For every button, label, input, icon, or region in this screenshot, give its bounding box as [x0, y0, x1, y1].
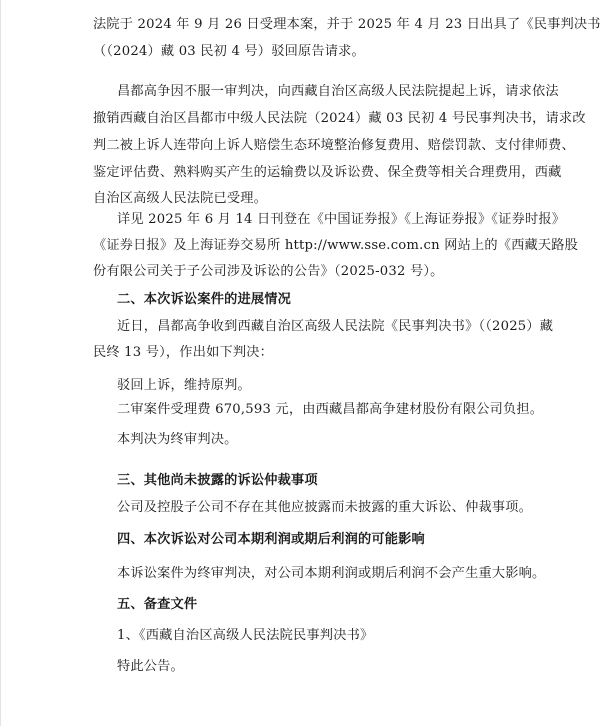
- section-5-heading: 五、备查文件: [117, 597, 537, 613]
- section-2-heading: 二、本次诉讼案件的进展情况: [117, 292, 537, 308]
- section-4-text: 本诉讼案件为终审判决，对公司本期利润或期后利润不会产生重大影响。: [117, 566, 537, 582]
- section-2-ruling-2: 二审案件受理费 670,593 元，由西藏昌都高争建材股份有限公司负担。: [117, 402, 537, 418]
- paragraph-1-line-2: （（2024）藏 03 民初 4 号）驳回原告请求。: [93, 44, 513, 60]
- section-2-ruling-3: 本判决为终审判决。: [117, 432, 537, 448]
- section-3-text: 公司及控股子公司不存在其他应披露而未披露的重大诉讼、仲裁事项。: [117, 500, 537, 516]
- paragraph-2-line-4: 鉴定评估费、熟料购买产生的运输费以及诉讼费、保全费等相关合理费用，西藏: [93, 165, 511, 181]
- document-page: 法院于 2024 年 9 月 26 日受理本案，并于 2025 年 4 月 23…: [0, 0, 600, 726]
- closing-statement: 特此公告。: [117, 659, 537, 675]
- paragraph-2-line-2: 撤销西藏自治区昌都市中级人民法院（2024）藏 03 民初 4 号民事判决书，请…: [93, 111, 511, 127]
- paragraph-2-line-1: 昌都高争因不服一审判决，向西藏自治区高级人民法院提起上诉，请求依法: [117, 84, 511, 100]
- section-2-intro-line-2: 民终 13 号），作出如下判决：: [93, 345, 513, 361]
- paragraph-1-line-1: 法院于 2024 年 9 月 26 日受理本案，并于 2025 年 4 月 23…: [93, 17, 511, 33]
- section-4-heading: 四、本次诉讼对公司本期利润或期后利润的可能影响: [117, 532, 537, 548]
- paragraph-3-line-1: 详见 2025 年 6 月 14 日刊登在《中国证券报》《上海证券报》《证券时报…: [117, 212, 511, 228]
- paragraph-3-line-2: 《证券日报》及上海证券交易所 http://www.sse.com.cn 网站上…: [93, 238, 511, 254]
- paragraph-2-line-3: 判二被上诉人连带向上诉人赔偿生态环境整治修复费用、赔偿罚款、支付律师费、: [93, 138, 511, 154]
- paragraph-3-line-3: 份有限公司关于子公司涉及诉讼的公告》（2025-032 号）。: [93, 264, 513, 280]
- section-3-heading: 三、其他尚未披露的诉讼仲裁事项: [117, 473, 537, 489]
- paragraph-2-line-5: 自治区高级人民法院已受理。: [93, 191, 513, 207]
- section-2-intro-line-1: 近日，昌都高争收到西藏自治区高级人民法院《民事判决书》（（2025）藏: [117, 319, 511, 335]
- section-5-item-1: 1、《西藏自治区高级人民法院民事判决书》: [117, 628, 537, 644]
- section-2-ruling-1: 驳回上诉，维持原判。: [117, 378, 537, 394]
